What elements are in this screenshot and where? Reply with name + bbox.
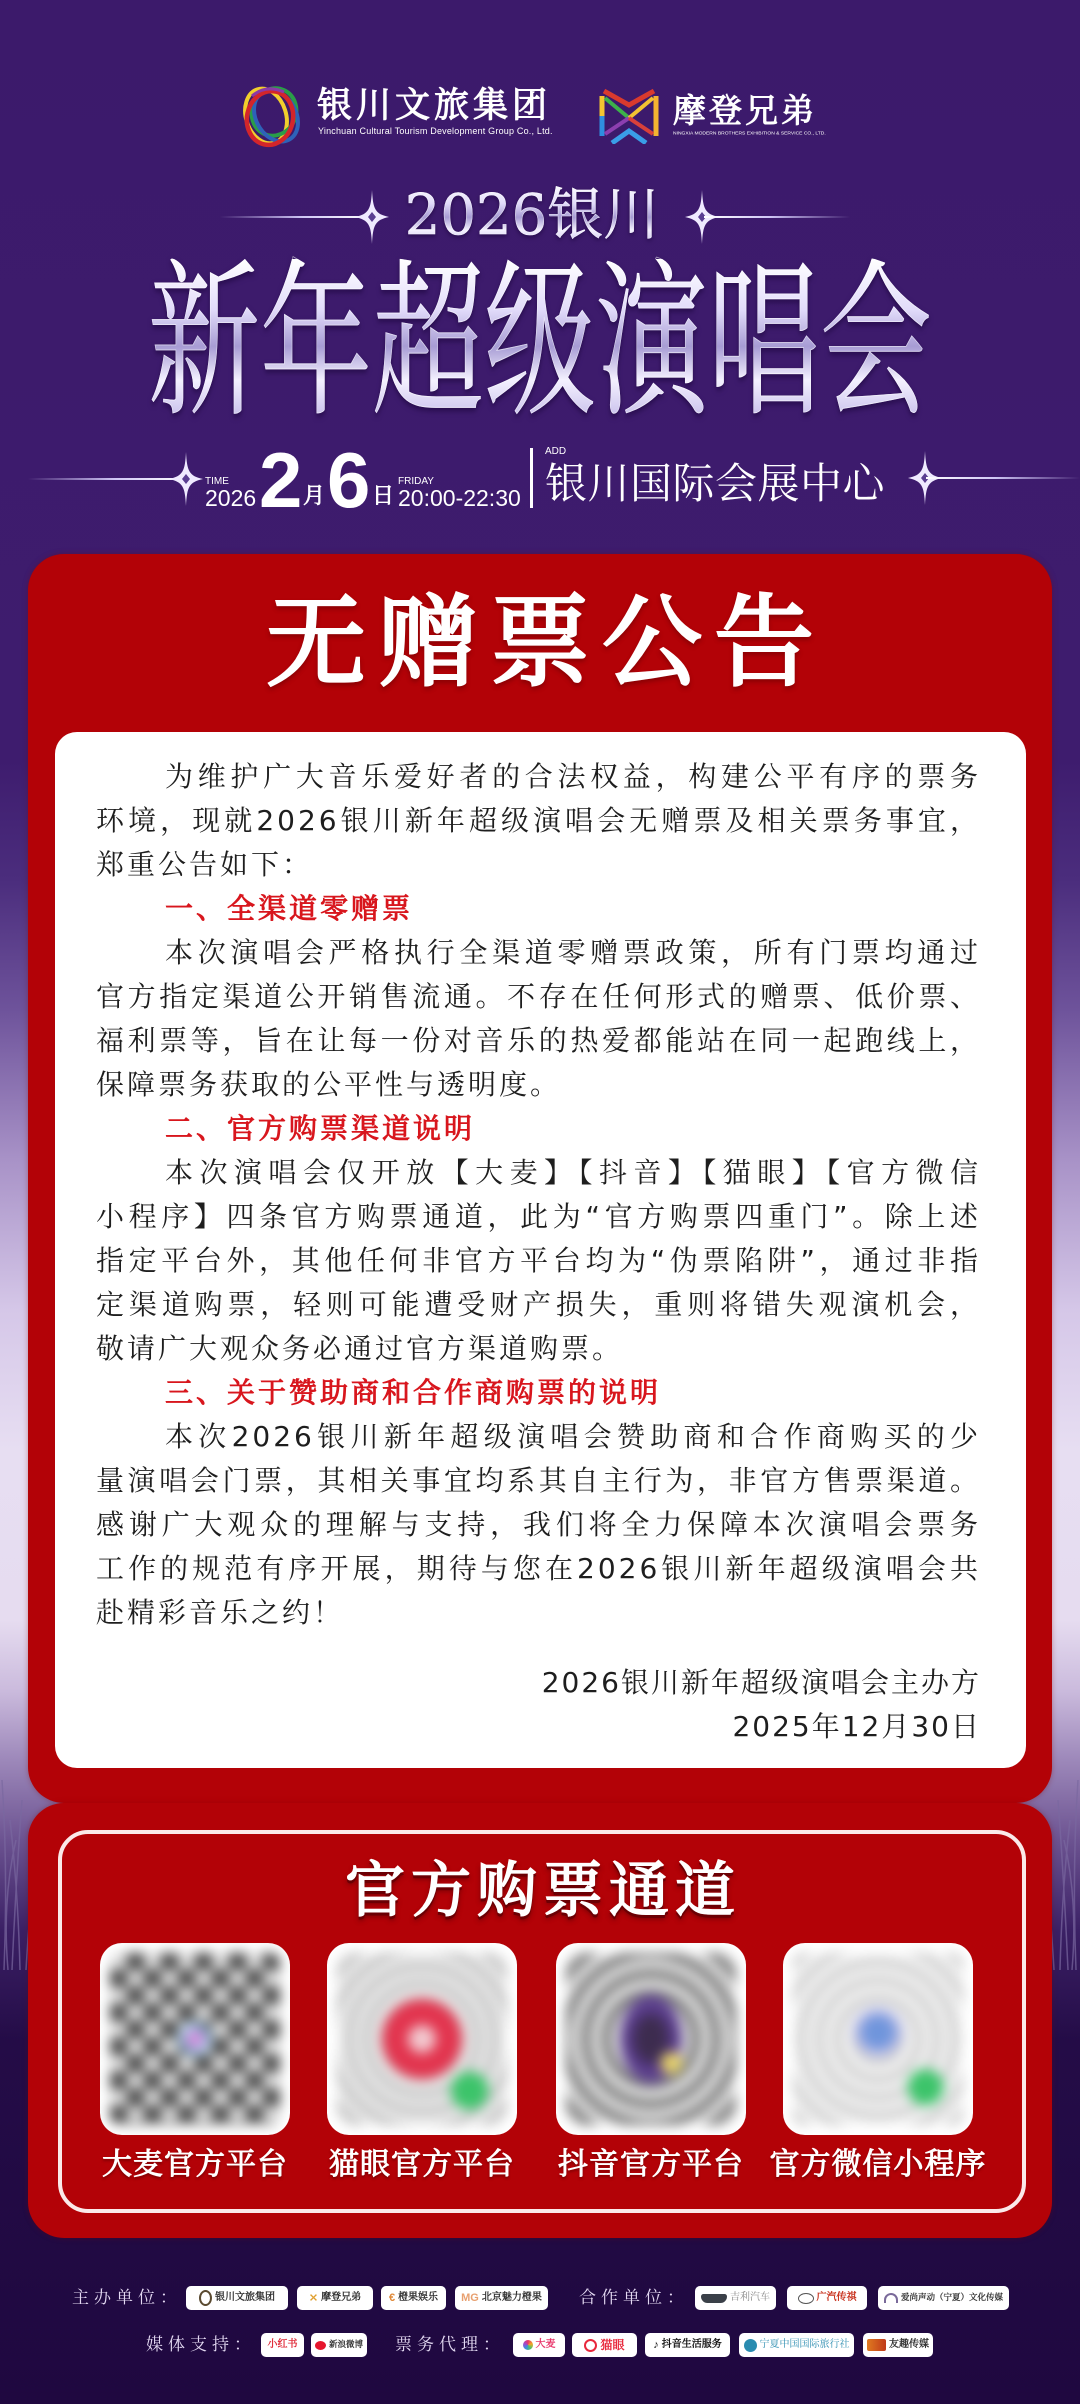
section-line: 感谢广大观众的理解与支持，我们将全力保障本次演唱会票务 <box>96 1503 981 1547</box>
douyin-qr-code-icon <box>556 1943 746 2135</box>
modern-brothers-logo-subtitle: NINGXIA MODERN BROTHERS EXHIBITION & SER… <box>673 130 826 136</box>
ticketing-name: 大麦 <box>536 2339 556 2351</box>
partner-name: 广汽传祺 <box>817 2292 857 2304</box>
ticketing-logo-douyin-life: ♪ 抖音生活服务 <box>645 2333 730 2357</box>
event-venue: 银川国际会展中心 <box>545 460 885 508</box>
yinchuan-culture-tourism-logo-text: 银川文旅集团 <box>317 86 551 126</box>
ticketing-logo-maoyan: 猫眼 <box>572 2333 637 2357</box>
damai-flower-icon <box>523 2340 533 2350</box>
globe-icon <box>744 2339 757 2352</box>
section-line: 敬请广大观众务必通过官方渠道购票。 <box>96 1327 981 1371</box>
section-line: 保障票务获取的公平性与透明度。 <box>96 1063 981 1107</box>
address-label: ADD <box>545 446 566 457</box>
partner-logo-aishang-shengdong: 爱尚声动（宁夏）文化传媒 <box>878 2286 1009 2310</box>
organizer-name: 橙果娱乐 <box>398 2292 438 2304</box>
organizer-logo-yinchuan: 银川文旅集团 <box>186 2286 288 2310</box>
section-heading-sponsor-tickets: 三、关于赞助商和合作商购票的说明 <box>96 1371 981 1415</box>
official-channels-card: 官方购票通道 大麦官方平台 猫眼官方平台 抖音官方平台 官方微信小程序 <box>28 1803 1052 2238</box>
section-line: 本次演唱会严格执行全渠道零赠票政策，所有门票均通过 <box>96 931 981 975</box>
youqu-art-icon <box>867 2339 886 2351</box>
organizer-logo-modern-brothers: ⨯ 摩登兄弟 <box>297 2286 373 2310</box>
sparkle-icon <box>168 451 204 507</box>
channel-label-wechat-mini-program: 官方微信小程序 <box>753 2147 1003 2183</box>
headphone-icon <box>884 2293 898 2303</box>
signature-block: 2026银川新年超级演唱会主办方 2025年12月30日 <box>96 1661 981 1749</box>
organizer-name: 摩登兄弟 <box>321 2292 361 2304</box>
channel-label-damai: 大麦官方平台 <box>70 2147 320 2183</box>
ticketing-name: 友趣传媒 <box>889 2339 929 2351</box>
section-line: 指定平台外，其他任何非官方平台均为“伪票陷阱”，通过非指 <box>96 1239 981 1283</box>
gac-oval-icon <box>798 2293 814 2304</box>
ticketing-name: 猫眼 <box>600 2339 624 2351</box>
notice-body-panel: 为维护广大音乐爱好者的合法权益，构建公平有序的票务 环境，现就2026银川新年超… <box>55 732 1026 1768</box>
signature-issuer: 2026银川新年超级演唱会主办方 <box>96 1661 981 1705</box>
maoyan-cat-icon <box>584 2339 597 2352</box>
sparkle-line-right <box>926 477 1080 479</box>
media-name: 新浪微博 <box>329 2339 363 2351</box>
sparkle-line-left <box>28 478 186 480</box>
section-line: 赴精彩音乐之约！ <box>96 1591 981 1635</box>
title-year-city: 2026银川 <box>382 184 682 248</box>
section-line: 工作的规范有序开展，期待与您在2026银川新年超级演唱会共 <box>96 1547 981 1591</box>
partner-name: 吉利汽车 <box>730 2292 770 2304</box>
yinchuan-culture-tourism-logo-icon <box>232 82 310 148</box>
section-line: 定渠道购票，轻则可能遭受财产损失，重则将错失观演机会， <box>96 1283 981 1327</box>
section-line: 本次演唱会仅开放【大麦】【抖音】【猫眼】【官方微信 <box>96 1151 981 1195</box>
sparkle-line-left <box>220 216 370 218</box>
section-line: 本次2026银川新年超级演唱会赞助商和合作商购买的少 <box>96 1415 981 1459</box>
yinchuan-culture-tourism-logo-subtitle: Yinchuan Cultural Tourism Development Gr… <box>318 126 553 136</box>
media-logo-xiaohongshu: 小红书 <box>261 2333 304 2357</box>
mg-mark: MG <box>461 2292 479 2304</box>
event-hours: 20:00-22:30 <box>398 487 521 510</box>
partner-logo-gac-trumpchi: 广汽传祺 <box>787 2286 867 2310</box>
wechat-mini-program-code-icon <box>783 1943 973 2135</box>
organizer-name: 北京魅力橙果 <box>482 2292 542 2304</box>
title-event-name: 新年超级演唱会 <box>100 259 980 427</box>
geely-grille-icon <box>701 2294 727 2303</box>
day-unit: 日 <box>372 485 394 509</box>
organizer-logo-beijing-meili-chengguo: MG 北京魅力橙果 <box>455 2286 548 2310</box>
partner-name: 爱尚声动（宁夏）文化传媒 <box>901 2292 1003 2304</box>
modern-brothers-mark-icon: ⨯ <box>309 2292 318 2304</box>
notice-intro-line: 为维护广大音乐爱好者的合法权益，构建公平有序的票务 <box>96 755 981 799</box>
section-line: 量演唱会门票，其相关事宜均系其自主行为，非官方售票渠道。 <box>96 1459 981 1503</box>
signature-date: 2025年12月30日 <box>96 1705 981 1749</box>
media-label: 媒体支持： <box>146 2333 256 2357</box>
notice-card: 无赠票公告 为维护广大音乐爱好者的合法权益，构建公平有序的票务 环境，现就202… <box>28 554 1052 1803</box>
section-line: 官方指定渠道公开销售流通。不存在任何形式的赠票、低价票、 <box>96 975 981 1019</box>
organizer-name: 银川文旅集团 <box>215 2292 275 2304</box>
sparkle-line-right <box>704 216 850 218</box>
month-unit: 月 <box>303 485 325 509</box>
maoyan-qr-code-icon <box>327 1943 517 2135</box>
notice-intro-line: 郑重公告如下： <box>96 843 981 887</box>
organizers-label: 主办单位： <box>72 2286 182 2310</box>
partners-label: 合作单位： <box>579 2286 689 2310</box>
ticketing-label: 票务代理： <box>395 2333 505 2357</box>
section-line: 小程序】四条官方购票通道，此为“官方购票四重门”。除上述 <box>96 1195 981 1239</box>
modern-brothers-logo-text: 摩登兄弟 <box>673 92 817 130</box>
event-year: 2026 <box>205 487 256 510</box>
douyin-note-icon: ♪ <box>653 2339 659 2351</box>
damai-qr-code-icon <box>100 1943 290 2135</box>
event-month: 2 <box>259 441 302 519</box>
ring-logo-icon <box>199 2290 212 2306</box>
modern-brothers-logo-icon <box>594 86 664 144</box>
section-line: 福利票等，旨在让每一份对音乐的热爱都能站在同一起跑线上， <box>96 1019 981 1063</box>
chengguo-mark-icon: € <box>389 2292 395 2304</box>
ticketing-logo-youqu-media: 友趣传媒 <box>863 2333 933 2357</box>
divider <box>530 448 533 508</box>
ticketing-name: 宁夏中国国际旅行社 <box>760 2339 850 2351</box>
notice-intro-line: 环境，现就2026银川新年超级演唱会无赠票及相关票务事宜， <box>96 799 981 843</box>
channel-label-douyin: 抖音官方平台 <box>526 2147 776 2183</box>
channel-label-maoyan: 猫眼官方平台 <box>297 2147 547 2183</box>
ticketing-logo-ningxia-cits: 宁夏中国国际旅行社 <box>739 2333 854 2357</box>
partner-logo-geely: 吉利汽车 <box>695 2286 776 2310</box>
channels-title: 官方购票通道 <box>28 1859 1052 1923</box>
section-heading-zero-gift-tickets: 一、全渠道零赠票 <box>96 887 981 931</box>
section-heading-official-channels: 二、官方购票渠道说明 <box>96 1107 981 1151</box>
ticketing-name: 抖音生活服务 <box>662 2339 722 2351</box>
media-logo-weibo: 新浪微博 <box>311 2333 367 2357</box>
event-day: 6 <box>327 441 370 519</box>
notice-title: 无赠票公告 <box>28 593 1052 693</box>
media-name: 小红书 <box>268 2339 298 2351</box>
weibo-icon <box>315 2341 326 2350</box>
ticketing-logo-damai: 大麦 <box>513 2333 565 2357</box>
organizer-logo-chengguo: € 橙果娱乐 <box>381 2286 446 2310</box>
